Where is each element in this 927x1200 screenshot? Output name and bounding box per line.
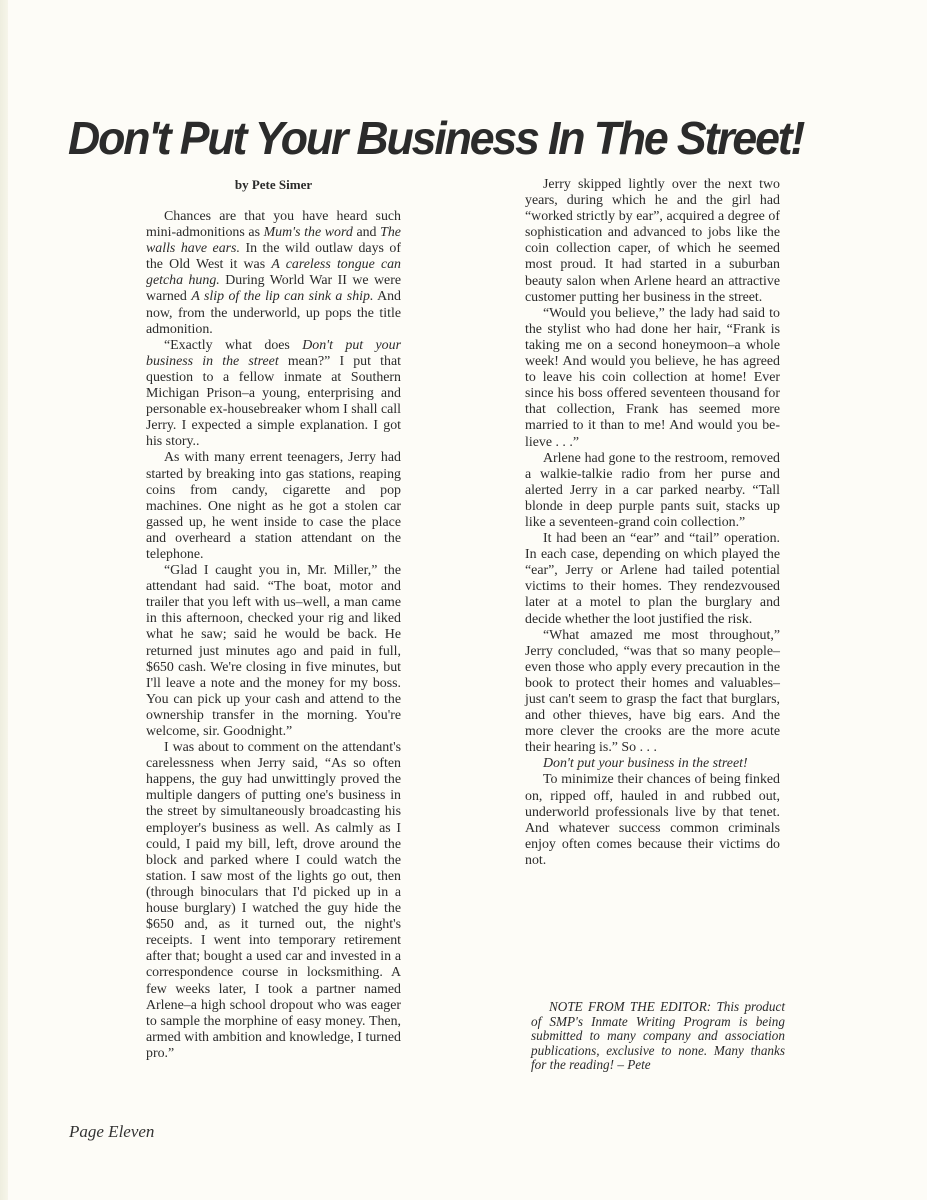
- italic-phrase: Mum's the word: [264, 225, 353, 240]
- editor-note: NOTE FROM THE EDITOR: This pro­duct of S…: [531, 1000, 785, 1073]
- italic-phrase: A slip of the lip can sink a ship.: [191, 289, 373, 304]
- paragraph: Jerry skipped lightly over the next two …: [525, 177, 780, 306]
- right-column: Jerry skipped lightly over the next two …: [525, 177, 780, 869]
- paragraph: “What amazed me most throughout,” Jerry …: [525, 628, 780, 757]
- paragraph: To minimize their chances of being finke…: [525, 772, 780, 869]
- paragraph: Chances are that you have heard such min…: [146, 209, 401, 338]
- paragraph: As with many errent teenagers, Jerry had…: [146, 450, 401, 563]
- italic-phrase: Don't put your business in the street: [146, 338, 401, 369]
- page-edge-shadow: [0, 0, 8, 1200]
- paragraph: Arlene had gone to the restroom, re­move…: [525, 451, 780, 531]
- page-number: Page Eleven: [69, 1122, 154, 1142]
- paragraph: “Exactly what does Don't put your busine…: [146, 338, 401, 451]
- byline: by Pete Simer: [146, 177, 401, 193]
- right-column-body: Jerry skipped lightly over the next two …: [525, 177, 780, 869]
- paragraph: Don't put your business in the street!: [525, 756, 780, 772]
- article-title: Don't Put Your Business In The Street!: [68, 115, 844, 161]
- paragraph: “Glad I caught you in, Mr. Miller,” the …: [146, 563, 401, 740]
- editor-note-text: NOTE FROM THE EDITOR: This pro­duct of S…: [531, 1000, 785, 1073]
- paragraph: “Would you believe,” the lady had said t…: [525, 306, 780, 451]
- left-column: by Pete Simer Chances are that you have …: [146, 177, 401, 1062]
- paragraph: It had been an “ear” and “tail” opera­ti…: [525, 531, 780, 628]
- italic-phrase: Don't put your business in the street!: [543, 756, 748, 771]
- paragraph: I was about to comment on the at­tendant…: [146, 740, 401, 1062]
- left-column-body: Chances are that you have heard such min…: [146, 209, 401, 1062]
- italic-phrase: A careless tongue can getcha hung.: [146, 257, 401, 288]
